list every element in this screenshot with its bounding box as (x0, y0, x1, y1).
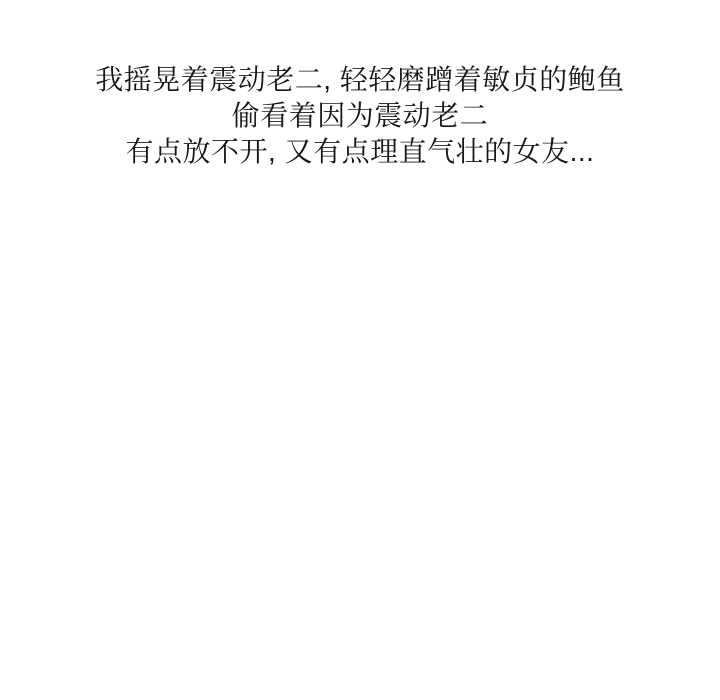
narration-caption: 我摇晃着震动老二, 轻轻磨蹭着敏贞的鲍鱼 偷看着因为震动老二 有点放不开, 又有… (0, 62, 720, 170)
caption-line-2: 偷看着因为震动老二 (0, 98, 720, 134)
caption-line-1: 我摇晃着震动老二, 轻轻磨蹭着敏贞的鲍鱼 (0, 62, 720, 98)
caption-line-3: 有点放不开, 又有点理直气壮的女友... (0, 134, 720, 170)
comic-page: 我摇晃着震动老二, 轻轻磨蹭着敏贞的鲍鱼 偷看着因为震动老二 有点放不开, 又有… (0, 0, 720, 700)
